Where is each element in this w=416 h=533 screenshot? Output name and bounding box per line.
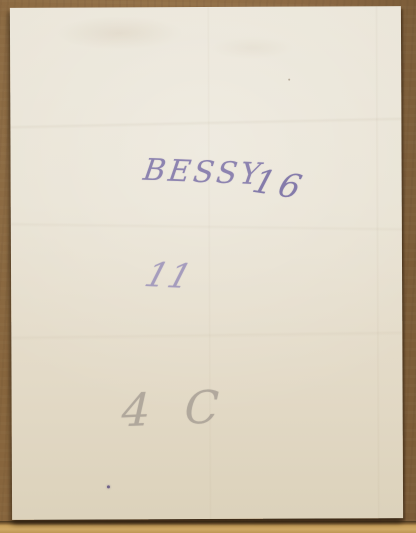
handwriting-number-11: 11 — [140, 255, 197, 297]
ink-dot-mark — [107, 485, 110, 488]
paper-sheet: BESSY 16 11 4 C — [10, 6, 403, 520]
handwriting-bessy: BESSY — [141, 153, 265, 193]
photograph-of-paper-back: BESSY 16 11 4 C — [0, 0, 416, 533]
handwriting-pencil-4c: 4 C — [121, 380, 230, 437]
handwriting-number-16: 16 — [248, 161, 311, 207]
paper-speck — [288, 79, 290, 81]
bottom-ledge — [0, 521, 416, 533]
